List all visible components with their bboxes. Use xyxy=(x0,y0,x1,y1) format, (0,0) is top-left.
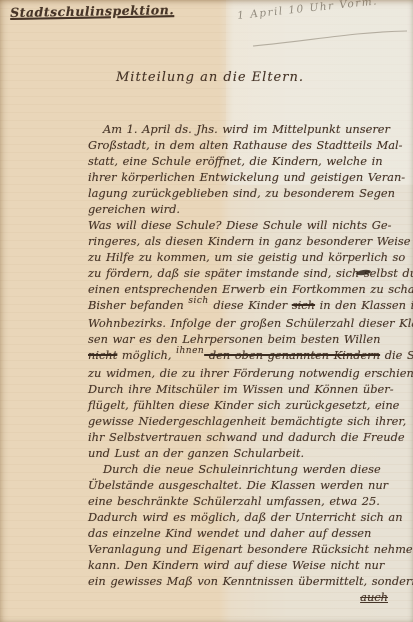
handwritten-line: zu widmen, die zu ihrer Förderung notwen… xyxy=(88,365,410,381)
handwritten-line: Wohnbezirks. Infolge der großen Schülerz… xyxy=(88,315,410,331)
handwritten-line: ihrer körperlichen Entwickelung und geis… xyxy=(88,169,410,185)
handwritten-line: statt, eine Schule eröffnet, die Kindern… xyxy=(88,153,410,169)
text-segment: Bisher befanden xyxy=(88,298,188,312)
handwritten-line: das einzelne Kind wendet und daher auf d… xyxy=(88,525,410,541)
handwritten-line: Bisher befanden sich diese Kinder sich i… xyxy=(88,297,410,315)
text-segment: möglich, xyxy=(117,348,176,362)
handwritten-line: auch xyxy=(88,589,410,605)
handwritten-line: gewisse Niedergeschlagenheit bemächtigte… xyxy=(88,413,410,429)
handwritten-line: einen entsprechenden Erwerb ein Fortkomm… xyxy=(88,281,410,297)
office-header: Stadtschulinspektion. xyxy=(10,2,174,20)
text-segment: diese Kinder xyxy=(209,298,292,312)
handwritten-line: eine beschränkte Schülerzahl umfassen, e… xyxy=(88,493,410,509)
document-title: Mitteilung an die Eltern. xyxy=(100,70,320,85)
handwritten-line: nicht möglich, ihnen den oben genannten … xyxy=(88,347,410,365)
scanned-document-page: Stadtschulinspektion. 1 April 10 Uhr Vor… xyxy=(0,0,413,622)
struck-text: nicht xyxy=(88,348,117,362)
handwritten-line: Übelstände ausgeschaltet. Die Klassen we… xyxy=(88,477,410,493)
handwritten-line: lagung zurückgeblieben sind, zu besonder… xyxy=(88,185,410,201)
handwritten-line: Was will diese Schule? Diese Schule will… xyxy=(88,217,410,233)
handwritten-line: sen war es den Lehrpersonen beim besten … xyxy=(88,331,410,347)
handwritten-line: gereichen wird. xyxy=(88,201,410,217)
struck-text: den oben genannten Kindern xyxy=(204,348,380,362)
handwritten-line: Durch die neue Schuleinrichtung werden d… xyxy=(88,461,410,477)
handwritten-line: Dadurch wird es möglich, daß der Unterri… xyxy=(88,509,410,525)
handwritten-line: kann. Den Kindern wird auf diese Weise n… xyxy=(88,557,410,573)
body-text: Am 1. April ds. Jhs. wird im Mittelpunkt… xyxy=(88,121,410,605)
handwritten-line: flügelt, fühlten diese Kinder sich zurüc… xyxy=(88,397,410,413)
handwritten-line: Am 1. April ds. Jhs. wird im Mittelpunkt… xyxy=(88,121,410,137)
struck-text: auch xyxy=(360,590,388,604)
pencil-annotation: 1 April 10 Uhr Vorm. xyxy=(237,0,412,22)
inserted-text: sich xyxy=(188,296,208,306)
text-segment: die Sorgfalt xyxy=(380,348,413,362)
handwritten-line: Großstadt, in dem alten Rathause des Sta… xyxy=(88,137,410,153)
handwritten-line: und Lust an der ganzen Schularbeit. xyxy=(88,445,410,461)
handwritten-line: Veranlagung und Eigenart besondere Rücks… xyxy=(88,541,410,557)
handwritten-line: zu Hilfe zu kommen, um sie geistig und k… xyxy=(88,249,410,265)
handwritten-line: ringeres, als diesen Kindern in ganz bes… xyxy=(88,233,410,249)
text-segment: in den Klassen ihres xyxy=(315,298,413,312)
handwritten-line: ihr Selbstvertrauen schwand und dadurch … xyxy=(88,429,410,445)
inserted-text: ihnen xyxy=(176,346,204,356)
handwritten-line: Durch ihre Mitschüler im Wissen und Könn… xyxy=(88,381,410,397)
handwritten-line: ein gewisses Maß von Kenntnissen übermit… xyxy=(88,573,410,589)
struck-text: sich xyxy=(292,298,315,312)
